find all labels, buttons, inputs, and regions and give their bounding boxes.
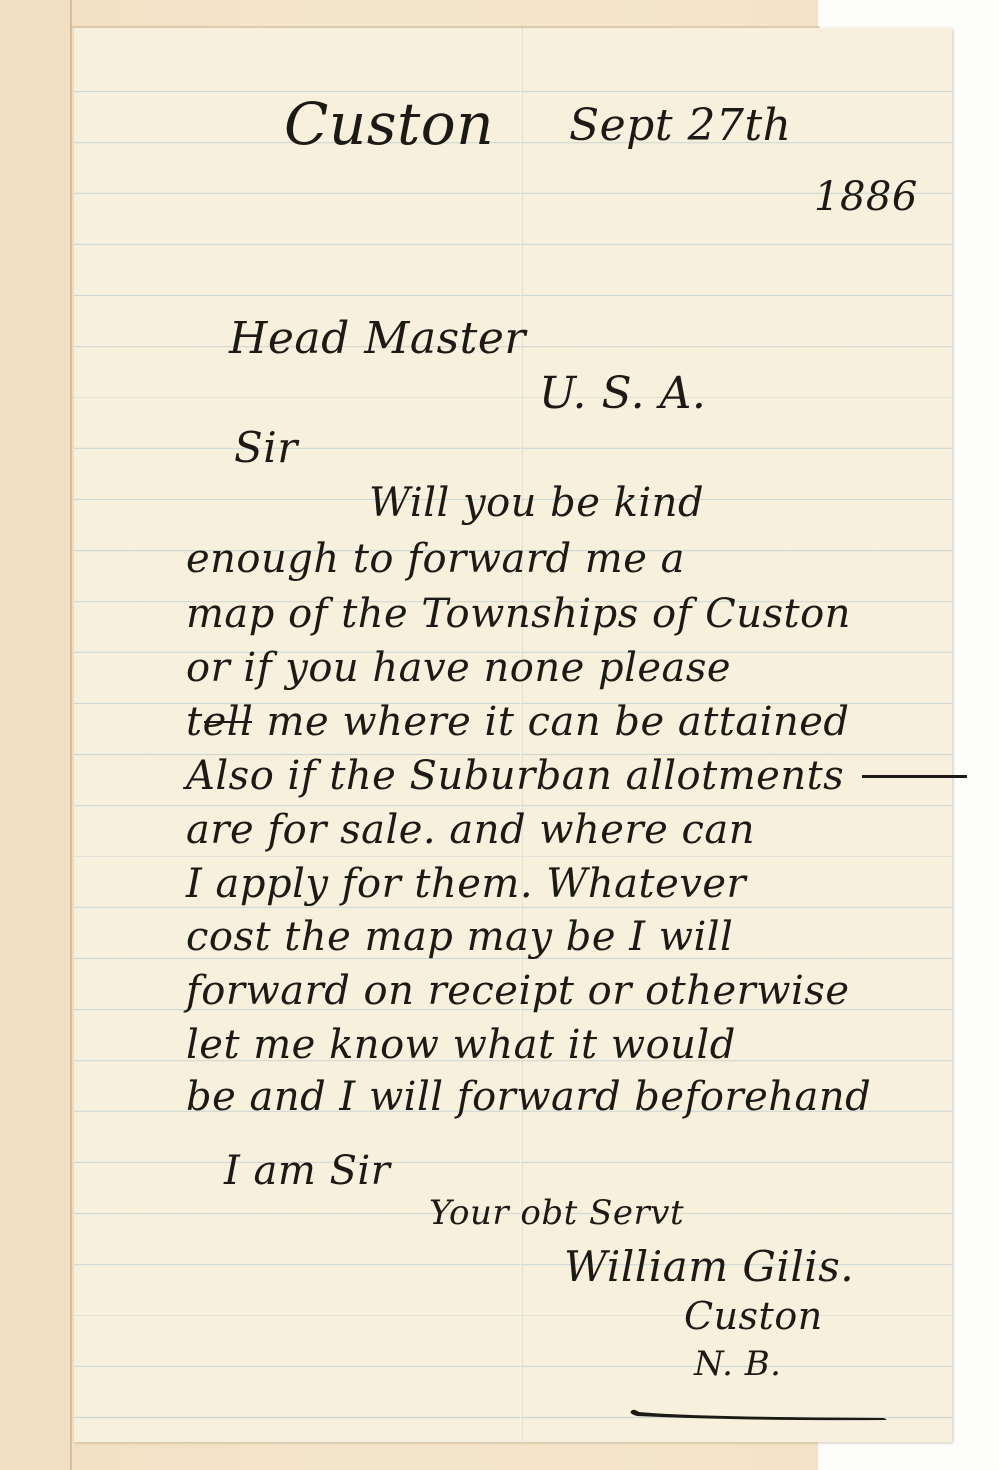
recipient-line-1: Head Master bbox=[229, 313, 526, 364]
body-line: are for sale. and where can bbox=[186, 807, 755, 853]
ink-overstroke bbox=[862, 775, 967, 778]
body-line: be and I will forward beforehand bbox=[186, 1074, 871, 1120]
signature: William Gilis. bbox=[564, 1242, 854, 1291]
body-line: I apply for them. Whatever bbox=[186, 861, 746, 907]
body-line: enough to forward me a bbox=[186, 536, 685, 582]
body-line: cost the map may be I will bbox=[186, 914, 733, 960]
closing-line-2: Your obt Servt bbox=[429, 1193, 684, 1233]
body-line: let me know what it would bbox=[186, 1022, 736, 1068]
letter-place: Custon bbox=[284, 90, 494, 158]
signature-flourish-icon bbox=[629, 1408, 889, 1422]
ink-overstroke bbox=[204, 721, 252, 723]
signature-place: Custon bbox=[684, 1294, 823, 1338]
salutation: Sir bbox=[234, 423, 298, 472]
body-line: tell me where it can be attained bbox=[186, 699, 850, 745]
backing-page-fold bbox=[70, 0, 72, 1470]
closing-line-1: I am Sir bbox=[224, 1148, 390, 1194]
recipient-line-2: U. S. A. bbox=[539, 368, 706, 419]
signature-region: N. B. bbox=[694, 1344, 781, 1384]
body-line: or if you have none please bbox=[186, 645, 731, 691]
body-line: map of the Townships of Custon bbox=[186, 591, 851, 637]
letter-year: 1886 bbox=[814, 174, 918, 220]
body-line: Will you be kind bbox=[369, 480, 704, 526]
letter-sheet: Custon Sept 27th 1886 Head Master U. S. … bbox=[74, 28, 952, 1442]
body-line: forward on receipt or otherwise bbox=[186, 968, 850, 1014]
letter-date: Sept 27th bbox=[569, 100, 792, 151]
body-line: Also if the Suburban allotments bbox=[186, 753, 844, 799]
